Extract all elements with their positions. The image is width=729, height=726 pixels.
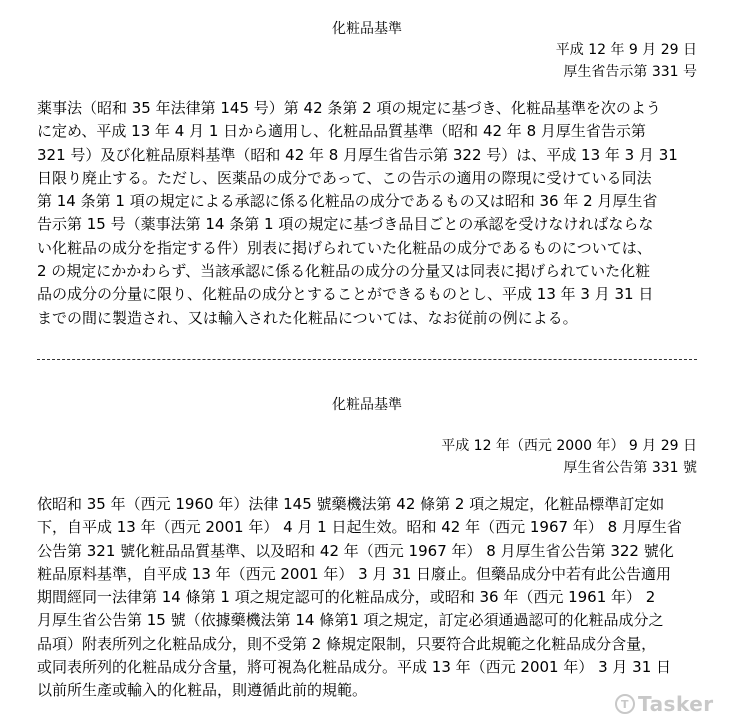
- paragraph-line: 品項）附表所列之化粧品成分，則不受第 2 條規定限制，只要符合此規範之化粧品成分…: [37, 633, 697, 656]
- chinese-header-meta: 平成 12 年（西元 2000 年） 9 月 29 日 厚生省公告第 331 號: [441, 435, 697, 479]
- japanese-header-meta: 平成 12 年 9 月 29 日 厚生省告示第 331 号: [556, 39, 697, 83]
- chinese-notice-number: 厚生省公告第 331 號: [441, 457, 697, 479]
- chinese-title: 化粧品基準: [37, 396, 697, 414]
- paragraph-line: 依昭和 35 年（西元 1960 年）法律 145 號藥機法第 42 條第 2 …: [37, 493, 697, 516]
- paragraph-line: 日限り廃止する。ただし、医薬品の成分であって、この告示の適用の際現に受けている同…: [37, 167, 697, 190]
- japanese-notice-number: 厚生省告示第 331 号: [556, 61, 697, 83]
- paragraph-line: 321 号）及び化粧品原料基準（昭和 42 年 8 月厚生省告示第 322 号）…: [37, 144, 697, 167]
- paragraph-line: 以前所生產或輸入的化粧品，則遵循此前的規範。: [37, 679, 697, 702]
- watermark-text: Tasker: [638, 692, 714, 716]
- chinese-body-paragraph: 依昭和 35 年（西元 1960 年）法律 145 號藥機法第 42 條第 2 …: [37, 493, 697, 703]
- paragraph-line: 公告第 321 號化粧品品質基準、以及昭和 42 年（西元 1967 年） 8 …: [37, 540, 697, 563]
- japanese-body-paragraph: 薬事法（昭和 35 年法律第 145 号）第 42 条第 2 項の規定に基づき、…: [37, 97, 697, 330]
- tasker-logo-icon: T: [615, 694, 635, 714]
- section-divider: [37, 359, 697, 360]
- paragraph-line: 下，自平成 13 年（西元 2001 年） 4 月 1 日起生效。昭和 42 年…: [37, 516, 697, 539]
- paragraph-line: 薬事法（昭和 35 年法律第 145 号）第 42 条第 2 項の規定に基づき、…: [37, 97, 697, 120]
- paragraph-line: に定め、平成 13 年 4 月 1 日から適用し、化粧品品質基準（昭和 42 年…: [37, 120, 697, 143]
- paragraph-line: 告示第 15 号（薬事法第 14 条第 1 項の規定に基づき品目ごとの承認を受け…: [37, 213, 697, 236]
- paragraph-line: 或同表所列的化粧品成分含量，將可視為化粧品成分。平成 13 年（西元 2001 …: [37, 656, 697, 679]
- japanese-date: 平成 12 年 9 月 29 日: [556, 39, 697, 61]
- japanese-title: 化粧品基準: [37, 20, 697, 38]
- paragraph-line: 月厚生省公告第 15 號（依據藥機法第 14 條第1 項之規定，訂定必須通過認可…: [37, 609, 697, 632]
- chinese-date: 平成 12 年（西元 2000 年） 9 月 29 日: [441, 435, 697, 457]
- tasker-watermark: T Tasker: [615, 692, 714, 716]
- paragraph-line: までの間に製造され、又は輸入された化粧品については、なお従前の例による。: [37, 307, 697, 330]
- paragraph-line: 粧品原料基準，自平成 13 年（西元 2001 年） 3 月 31 日廢止。但藥…: [37, 563, 697, 586]
- paragraph-line: 2 の規定にかかわらず、当該承認に係る化粧品の成分の分量又は同表に掲げられていた…: [37, 260, 697, 283]
- paragraph-line: 品の成分の分量に限り、化粧品の成分とすることができるものとし、平成 13 年 3…: [37, 283, 697, 306]
- paragraph-line: 期間經同一法律第 14 條第 1 項之規定認可的化粧品成分，或昭和 36 年（西…: [37, 586, 697, 609]
- paragraph-line: い化粧品の成分を指定する件）別表に掲げられていた化粧品の成分であるものについては…: [37, 237, 697, 260]
- paragraph-line: 第 14 条第 1 項の規定による承認に係る化粧品の成分であるもの又は昭和 36…: [37, 190, 697, 213]
